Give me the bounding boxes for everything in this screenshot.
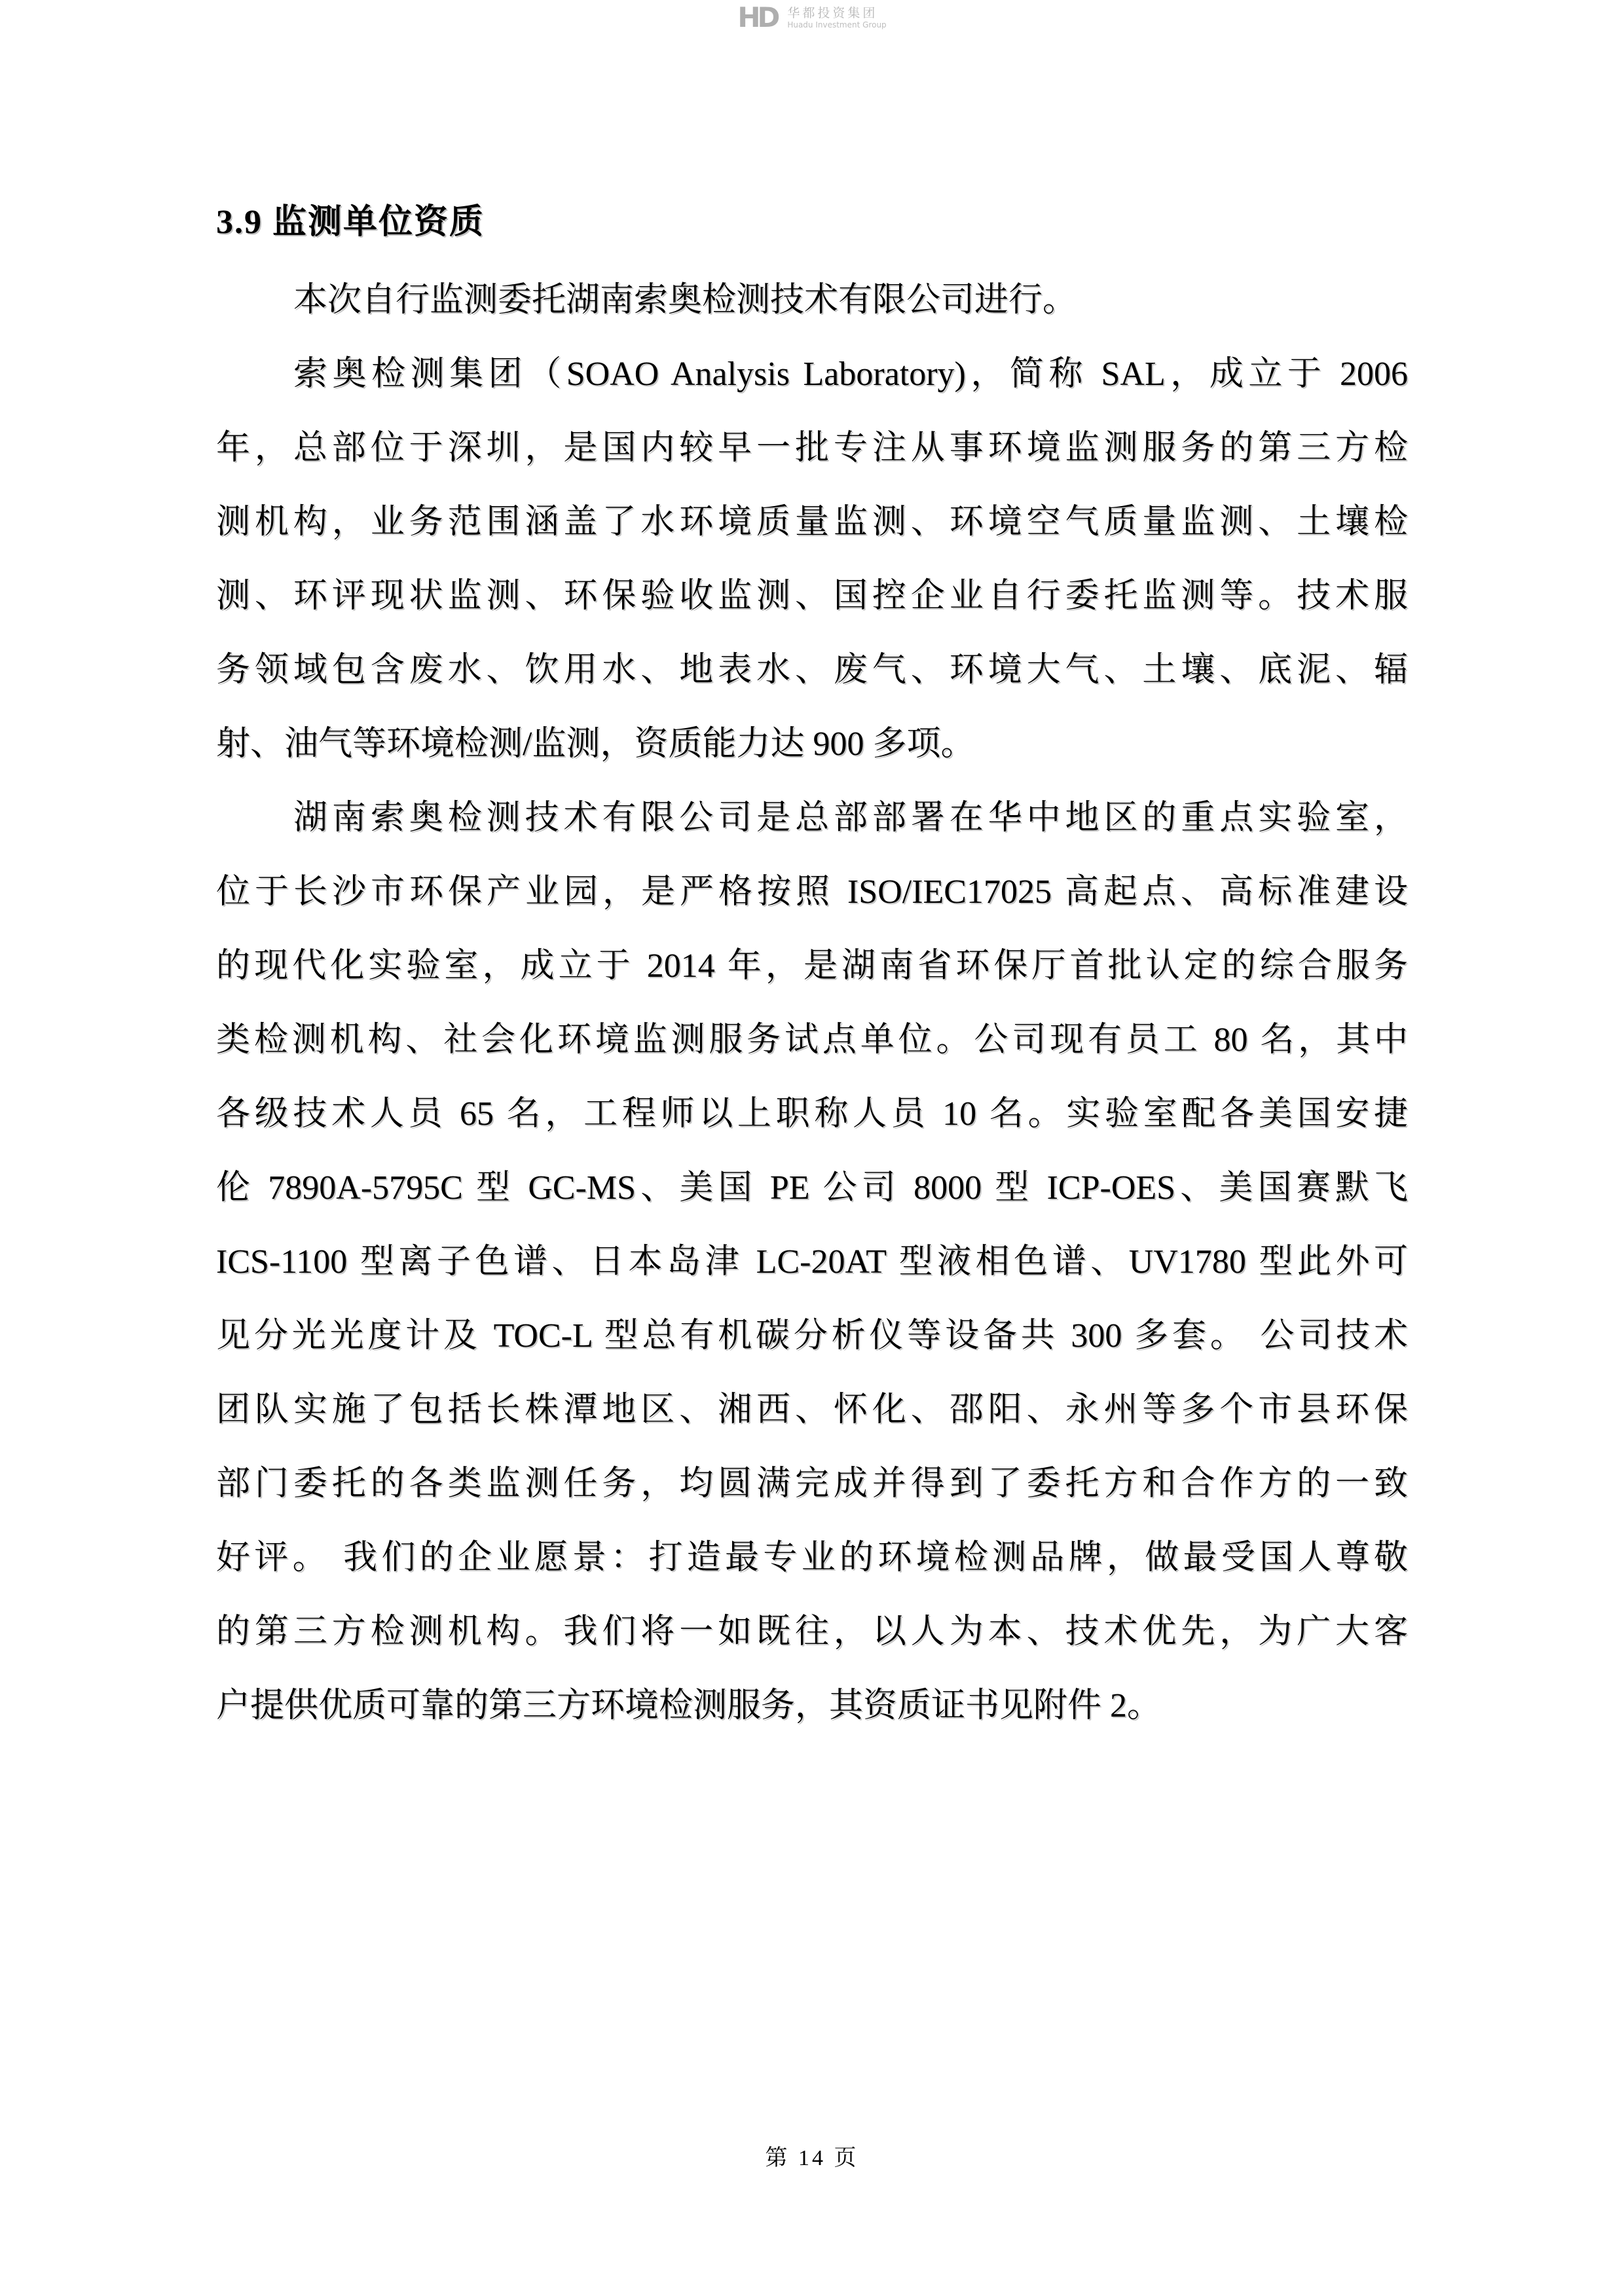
text-line: 部门委托的各类监测任务，均圆满完成并得到了委托方和合作方的一致 — [216, 1447, 1408, 1521]
paragraph: 索奥检测集团（SOAO Analysis Laboratory)，简称 SAL，… — [216, 337, 1408, 781]
logo-company-name-cn: 华都投资集团 — [787, 6, 886, 20]
section-heading: 3.9 监测单位资质 — [216, 194, 485, 243]
paragraph: 本次自行监测委托湖南索奥检测技术有限公司进行。 — [216, 263, 1408, 337]
page-footer: 第 14 页 — [0, 2140, 1624, 2172]
text-line: 的现代化实验室，成立于 2014 年，是湖南省环保厅首批认定的综合服务 — [216, 929, 1408, 1003]
text-line: 射、油气等环境检测/监测，资质能力达 900 多项。 — [216, 707, 1408, 781]
text-line: 湖南索奥检测技术有限公司是总部部署在华中地区的重点实验室， — [216, 781, 1408, 855]
text-line: 本次自行监测委托湖南索奥检测技术有限公司进行。 — [216, 263, 1408, 337]
text-line: 户提供优质可靠的第三方环境检测服务，其资质证书见附件 2。 — [216, 1669, 1408, 1743]
page-number: 第 14 页 — [766, 2146, 859, 2170]
text-line: 见分光光度计及 TOC-L 型总有机碳分析仪等设备共 300 多套。 公司技术 — [216, 1299, 1408, 1373]
text-line: 索奥检测集团（SOAO Analysis Laboratory)，简称 SAL，… — [216, 337, 1408, 411]
text-line: 各级技术人员 65 名，工程师以上职称人员 10 名。实验室配各美国安捷 — [216, 1077, 1408, 1151]
header-logo: HD 华都投资集团 Huadu Investment Group — [0, 4, 1624, 31]
text-line: 测、环评现状监测、环保验收监测、国控企业自行委托监测等。技术服 — [216, 559, 1408, 633]
text-line: 伦 7890A-5795C 型 GC-MS、美国 PE 公司 8000 型 IC… — [216, 1151, 1408, 1225]
logo-company-name-en: Huadu Investment Group — [787, 20, 886, 29]
text-line: 的第三方检测机构。我们将一如既往，以人为本、技术优先，为广大客 — [216, 1595, 1408, 1669]
paragraph: 湖南索奥检测技术有限公司是总部部署在华中地区的重点实验室，位于长沙市环保产业园，… — [216, 781, 1408, 1743]
text-line: 团队实施了包括长株潭地区、湘西、怀化、邵阳、永州等多个市县环保 — [216, 1373, 1408, 1447]
text-line: 位于长沙市环保产业园，是严格按照 ISO/IEC17025 高起点、高标准建设 — [216, 855, 1408, 929]
text-line: 类检测机构、社会化环境监测服务试点单位。公司现有员工 80 名，其中 — [216, 1003, 1408, 1077]
text-line: ICS-1100 型离子色谱、日本岛津 LC-20AT 型液相色谱、UV1780… — [216, 1225, 1408, 1299]
document-body: 本次自行监测委托湖南索奥检测技术有限公司进行。索奥检测集团（SOAO Analy… — [216, 263, 1408, 1743]
huadu-logo-icon: HD — [737, 4, 777, 31]
text-line: 测机构，业务范围涵盖了水环境质量监测、环境空气质量监测、土壤检 — [216, 485, 1408, 559]
text-line: 务领域包含废水、饮用水、地表水、废气、环境大气、土壤、底泥、辐 — [216, 633, 1408, 707]
text-line: 好评。 我们的企业愿景：打造最专业的环境检测品牌，做最受国人尊敬 — [216, 1521, 1408, 1595]
text-line: 年，总部位于深圳，是国内较早一批专注从事环境监测服务的第三方检 — [216, 411, 1408, 485]
logo-name-block: 华都投资集团 Huadu Investment Group — [787, 6, 886, 29]
